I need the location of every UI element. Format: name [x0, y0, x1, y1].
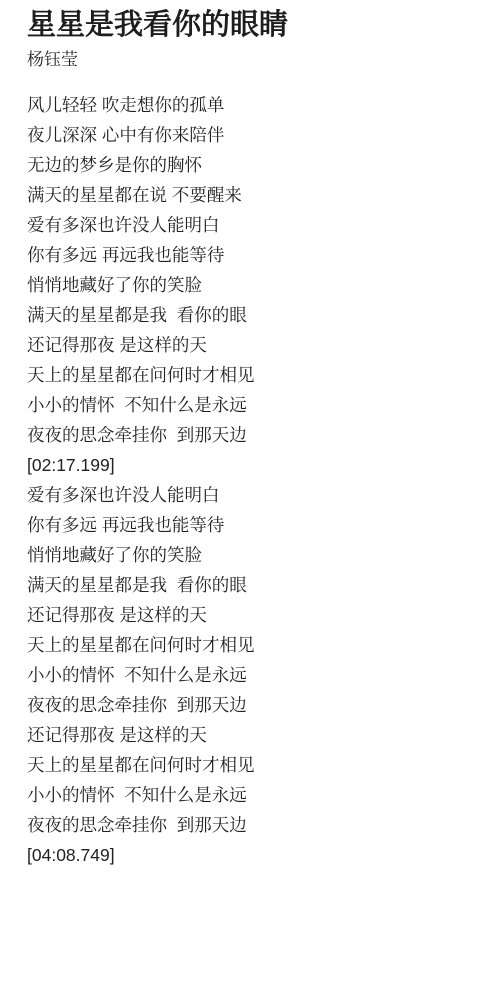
timestamp-line: [04:08.749] — [27, 840, 480, 870]
lyric-line: 你有多远 再远我也能等待 — [27, 510, 480, 540]
lyric-line: 天上的星星都在问何时才相见 — [27, 360, 480, 390]
lyric-line: 满天的星星都是我 看你的眼 — [27, 300, 480, 330]
lyric-line: 风儿轻轻 吹走想你的孤单 — [27, 90, 480, 120]
lyric-line: 无边的梦乡是你的胸怀 — [27, 150, 480, 180]
lyric-line: 满天的星星都在说 不要醒来 — [27, 180, 480, 210]
lyric-line: 还记得那夜 是这样的天 — [27, 330, 480, 360]
timestamp-line: [02:17.199] — [27, 450, 480, 480]
artist-name: 杨钰莹 — [27, 48, 480, 72]
lyric-line: 天上的星星都在问何时才相见 — [27, 630, 480, 660]
lyric-line: 还记得那夜 是这样的天 — [27, 720, 480, 750]
lyric-line: 夜夜的思念牵挂你 到那天边 — [27, 690, 480, 720]
lyric-line: 小小的情怀 不知什么是永远 — [27, 390, 480, 420]
lyric-line: 爱有多深也许没人能明白 — [27, 480, 480, 510]
lyrics-page: 星星是我看你的眼睛 杨钰莹 风儿轻轻 吹走想你的孤单夜儿深深 心中有你来陪伴无边… — [0, 0, 500, 1000]
lyric-line: 你有多远 再远我也能等待 — [27, 240, 480, 270]
lyric-line: 天上的星星都在问何时才相见 — [27, 750, 480, 780]
lyric-line: 小小的情怀 不知什么是永远 — [27, 780, 480, 810]
lyric-line: 夜夜的思念牵挂你 到那天边 — [27, 420, 480, 450]
lyric-line: 满天的星星都是我 看你的眼 — [27, 570, 480, 600]
song-title: 星星是我看你的眼睛 — [27, 6, 480, 44]
lyric-line: 悄悄地藏好了你的笑脸 — [27, 270, 480, 300]
lyric-line: 爱有多深也许没人能明白 — [27, 210, 480, 240]
lyric-line: 还记得那夜 是这样的天 — [27, 600, 480, 630]
lyric-line: 夜夜的思念牵挂你 到那天边 — [27, 810, 480, 840]
lyric-line: 夜儿深深 心中有你来陪伴 — [27, 120, 480, 150]
lyrics-container: 风儿轻轻 吹走想你的孤单夜儿深深 心中有你来陪伴无边的梦乡是你的胸怀满天的星星都… — [27, 90, 480, 870]
lyric-line: 小小的情怀 不知什么是永远 — [27, 660, 480, 690]
lyric-line: 悄悄地藏好了你的笑脸 — [27, 540, 480, 570]
